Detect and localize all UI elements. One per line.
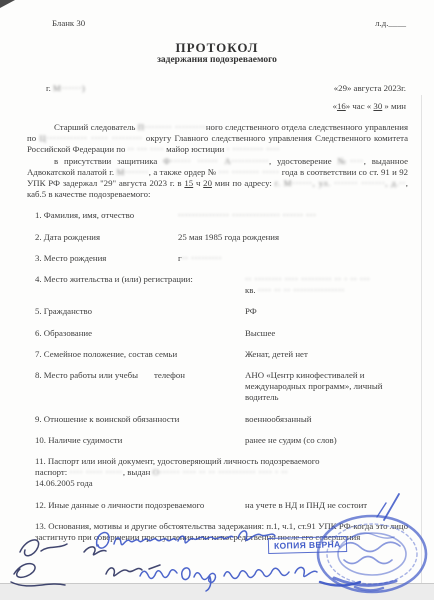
field-label: 1. Фамилия, имя, отчество [35,210,178,221]
certificate-number-redacted: №···· [337,156,363,166]
form-number-label: Бланк 30 [52,18,85,29]
field-row-residence: 4. Место жительства и (или) регистрации:… [35,274,408,296]
field-label: 8. Место работы или учебытелефон [35,370,245,404]
time-minutes: 30 [373,101,382,111]
page-edge-line [421,95,422,584]
suspect-fields-list: 1. Фамилия, имя, отчество ··············… [35,210,408,543]
date-field: «29» августа 2023г. [334,83,406,94]
detention-minutes: 20 [203,178,212,188]
birthplace-value: г·· ········· [178,253,408,264]
field-label: 7. Семейное положение, состав семьи [35,349,245,360]
other-data-value: на учете в НД и ПНД не состоит [245,500,408,511]
document-subtitle: задержания подозреваемого [0,55,434,66]
time-field: «16» час « 30 » мин [0,101,406,112]
field-label: 2. Дата рождения [35,232,178,243]
field-label: 4. Место жительства и (или) регистрации: [35,274,245,296]
suspect-name-redacted: ··············· ·············· ······ ··… [178,210,408,221]
city-redacted: М······) [53,83,85,93]
field-row-education: 6. Образование Высшее [35,328,408,339]
city-field: г. М······) [46,83,85,94]
region-redacted: ·· ··· ···· [128,144,164,154]
address-redacted: г. М······, ул. ······· ·······, д.·· [275,178,406,188]
field-row-family: 7. Семейное положение, состав семьи Жена… [35,349,408,360]
rank-name-redacted: · ········· ···· [227,144,280,154]
passport-number-redacted: ···· ····· ····· [69,467,122,477]
field-row-birthplace: 3. Место рождения г·· ········· [35,253,408,264]
copy-verified-stamp: КОПИЯ ВЕРНА [268,536,347,554]
apartment-redacted: ···· ·· ·· ··············· [258,285,345,295]
field-row-military: 9. Отношение к воинской обязанности воен… [35,414,408,425]
birthdate-value: 25 мая 1985 года рождения [178,232,408,243]
defender-name-redacted: Ф······ ······ А··········· [163,156,269,166]
field-block-grounds: 13. Основания, мотивы и другие обстоятел… [35,521,408,543]
education-value: Высшее [245,328,408,339]
scanned-protocol-page: Бланк 30 л.д.____ ПРОТОКОЛ задержания по… [0,0,434,600]
scan-corner-artifact [0,0,18,9]
field-block-passport: 11. Паспорт или иной документ, удостовер… [35,456,408,490]
residence-value: ·· ········ ···· ········· ·· · ·· ··· к… [245,274,408,296]
district-redacted: Ц············ ····· ········· [39,133,142,143]
field-row-workplace: 8. Место работы или учебытелефон АНО «Це… [35,370,408,404]
order-number-redacted: ··· ········ ····· [219,167,280,177]
citizenship-value: РФ [245,306,408,317]
field-label: 3. Место рождения [35,253,178,264]
passport-issue-date: 14.06.2005 года [35,478,408,489]
scan-bottom-edge [0,583,434,600]
document-title: ПРОТОКОЛ [0,42,434,53]
signature-scribble-dark [11,540,160,586]
case-sheet-label: л.д.____ [375,18,406,29]
document-header-row: Бланк 30 л.д.____ [52,18,406,29]
grounds-text: 13. Основания, мотивы и другие обстоятел… [35,521,408,542]
family-status-value: Женат, детей нет [245,349,408,360]
field-row-criminal-record: 10. Наличие судимости ранее не судим (со… [35,435,408,446]
intro-paragraph-investigator: Старший следователь П········ ·········н… [27,122,408,156]
phone-sublabel: телефон [154,370,185,404]
passport-details: паспорт: ···· ····· ·····, выдан О······… [35,467,408,478]
detention-hours: 15 [184,178,193,188]
residence-apartment: кв. ···· ·· ·· ··············· [245,285,408,296]
place-date-row: г. М······) «29» августа 2023г. [46,83,406,94]
criminal-record-value: ранее не судим (со слов) [245,435,408,446]
passport-issuer-redacted: О······ ···· ·· ·· ··········· ···· · ·· [153,467,289,477]
field-label: 6. Образование [35,328,245,339]
field-row-birthdate: 2. Дата рождения 25 мая 1985 года рожден… [35,232,408,243]
field-label: 12. Иные данные о личности подозреваемог… [35,500,245,511]
time-hours: 16 [337,101,346,111]
residence-address-redacted: ·· ········ ···· ········· ·· · ·· ··· [245,274,408,285]
military-duty-value: военнообязанный [245,414,408,425]
workplace-value: АНО «Центр кинофестивалей и международны… [245,370,408,404]
field-label: 5. Гражданство [35,306,245,317]
field-row-surname: 1. Фамилия, имя, отчество ··············… [35,210,408,221]
investigator-name-redacted: П········ ········· [138,122,206,132]
field-row-citizenship: 5. Гражданство РФ [35,306,408,317]
field-label: 10. Наличие судимости [35,435,245,446]
intro-paragraph-defender: в присутствии защитника Ф······ ······ А… [27,156,408,201]
bar-city-redacted: М······· [116,167,148,177]
passport-heading: 11. Паспорт или иной документ, удостовер… [35,456,408,467]
field-label: 9. Отношение к воинской обязанности [35,414,245,425]
birthplace-redacted: ·· ········· [182,253,222,263]
field-row-other-data: 12. Иные данные о личности подозреваемог… [35,500,408,511]
